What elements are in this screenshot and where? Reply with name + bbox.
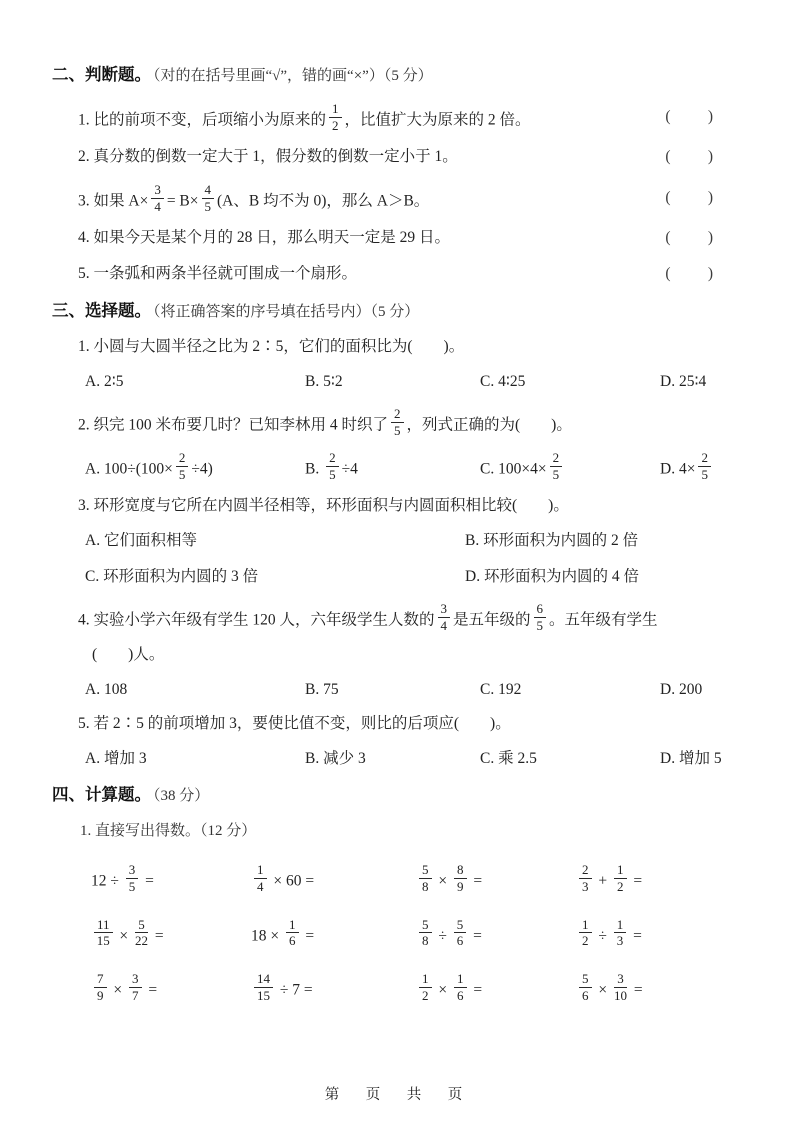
calc-subsection-1: 1. 直接写出得数。（12 分） 12 ÷ 35 = 14 × 60 = 58 … [78, 821, 743, 1002]
judge-question-5-text: 5. 一条弧和两条半径就可围成一个扇形。 [78, 264, 357, 285]
fraction: 310 [614, 972, 627, 1002]
section-choice-title: 三、选择题。 [52, 301, 151, 320]
fraction: 25 [326, 451, 339, 481]
fraction: 25 [176, 451, 189, 481]
fraction: 16 [286, 918, 299, 948]
calc-expression-grid: 12 ÷ 35 = 14 × 60 = 58 × 89 = 23 + 12 = … [91, 863, 743, 1002]
fraction: 35 [126, 863, 139, 893]
judge-answer-bracket-3: ( ) [665, 188, 715, 209]
option-b: B. 环形面积为内圆的 2 倍 [465, 531, 743, 552]
section-calc-title: 四、计算题。 [52, 785, 151, 804]
choice-question-3: 3. 环形宽度与它所在内圆半径相等，环形面积与内圆面积相比较( )。 A. 它们… [78, 496, 743, 589]
section-judge-instruction: （对的在括号里画“√”，错的画“×”）（5 分） [153, 68, 433, 84]
judge-question-3-text: 3. 如果 A×34= B×45(A、B 均不为 0)，那么 A＞B。 [78, 183, 429, 213]
calc-expression-r1c3: 58 × 89 = [416, 863, 576, 893]
option-d: D. 25∶4 [660, 372, 743, 393]
option-b: B. 25÷4 [305, 451, 480, 481]
choice-question-2: 2. 织完 100 米布要几时？已知李林用 4 时织了25，列式正确的为( )。… [78, 407, 743, 482]
choice-question-1: 1. 小圆与大圆半径之比为 2∶5，它们的面积比为( )。 A. 2∶5 B. … [78, 337, 743, 393]
section-choice: 三、选择题。（将正确答案的序号填在括号内）（5 分） 1. 小圆与大圆半径之比为… [52, 300, 743, 770]
judge-question-2-text: 2. 真分数的倒数一定大于 1，假分数的倒数一定小于 1。 [78, 147, 458, 168]
calc-subsection-1-title: 1. 直接写出得数。（12 分） [80, 821, 743, 841]
choice-question-4-options: A. 108 B. 75 C. 192 D. 200 [85, 680, 743, 701]
judge-answer-bracket-4: ( ) [665, 228, 715, 249]
option-c: C. 乘 2.5 [480, 749, 660, 770]
fraction: 56 [454, 918, 467, 948]
judge-question-3: 3. 如果 A×34= B×45(A、B 均不为 0)，那么 A＞B。 ( ) [78, 183, 743, 213]
judge-answer-bracket-2: ( ) [665, 147, 715, 168]
calc-expression-r2c1: 1115 × 522 = [91, 918, 251, 948]
calc-expression-r3c4: 56 × 310 = [576, 972, 743, 1002]
fraction: 522 [135, 918, 148, 948]
option-a: A. 它们面积相等 [85, 531, 465, 552]
fraction: 79 [94, 972, 107, 1002]
judge-question-2: 2. 真分数的倒数一定大于 1，假分数的倒数一定小于 1。 ( ) [78, 147, 743, 168]
section-calc-header: 四、计算题。（38 分） [52, 784, 743, 807]
calc-expression-r3c3: 12 × 16 = [416, 972, 576, 1002]
option-d: D. 4×25 [660, 451, 743, 481]
calc-expression-r1c2: 14 × 60 = [251, 863, 416, 893]
judge-question-1: 1. 比的前项不变，后项缩小为原来的12，比值扩大为原来的 2 倍。 ( ) [78, 102, 743, 132]
calc-expression-r2c3: 58 ÷ 56 = [416, 918, 576, 948]
option-b: B. 75 [305, 680, 480, 701]
judge-answer-bracket-5: ( ) [665, 264, 715, 285]
option-b: B. 减少 3 [305, 749, 480, 770]
fraction: 13 [614, 918, 627, 948]
fraction: 34 [151, 183, 164, 213]
calc-expression-r1c4: 23 + 12 = [576, 863, 743, 893]
section-calc-instruction: （38 分） [153, 788, 209, 804]
option-c: C. 环形面积为内圆的 3 倍 [85, 567, 465, 588]
section-choice-header: 三、选择题。（将正确答案的序号填在括号内）（5 分） [52, 300, 743, 323]
choice-question-1-stem: 1. 小圆与大圆半径之比为 2∶5，它们的面积比为( )。 [78, 337, 743, 358]
calc-expression-r1c1: 12 ÷ 35 = [91, 863, 251, 893]
fraction: 1115 [94, 918, 113, 948]
fraction: 12 [579, 918, 592, 948]
section-judge-header: 二、判断题。（对的在括号里画“√”，错的画“×”）（5 分） [52, 64, 743, 87]
exam-page: 二、判断题。（对的在括号里画“√”，错的画“×”）（5 分） 1. 比的前项不变… [0, 0, 793, 1122]
option-d: D. 增加 5 [660, 749, 743, 770]
fraction: 25 [391, 407, 404, 437]
calc-expression-r3c2: 1415 ÷ 7 = [251, 972, 416, 1002]
option-b: B. 5∶2 [305, 372, 480, 393]
fraction: 1415 [254, 972, 273, 1002]
judge-question-4-text: 4. 如果今天是某个月的 28 日，那么明天一定是 29 日。 [78, 228, 450, 249]
choice-question-5: 5. 若 2∶5 的前项增加 3，要使比值不变，则比的后项应( )。 A. 增加… [78, 714, 743, 770]
choice-question-2-options: A. 100÷(100×25÷4) B. 25÷4 C. 100×4×25 D.… [85, 451, 743, 481]
choice-question-5-stem: 5. 若 2∶5 的前项增加 3，要使比值不变，则比的后项应( )。 [78, 714, 743, 735]
page-footer: 第 页 共 页 [0, 1086, 793, 1106]
fraction: 58 [419, 863, 432, 893]
calc-expression-r3c1: 79 × 37 = [91, 972, 251, 1002]
option-a: A. 增加 3 [85, 749, 305, 770]
fraction: 37 [129, 972, 142, 1002]
calc-expression-r2c2: 18 × 16 = [251, 918, 416, 948]
fraction: 16 [454, 972, 467, 1002]
choice-question-3-stem: 3. 环形宽度与它所在内圆半径相等，环形面积与内圆面积相比较( )。 [78, 496, 743, 517]
fraction: 12 [419, 972, 432, 1002]
option-c: C. 4∶25 [480, 372, 660, 393]
section-calc: 四、计算题。（38 分） 1. 直接写出得数。（12 分） 12 ÷ 35 = … [52, 784, 743, 1002]
calc-expression-r2c4: 12 ÷ 13 = [576, 918, 743, 948]
fraction: 65 [534, 602, 547, 632]
fraction: 89 [454, 863, 467, 893]
fraction: 23 [579, 863, 592, 893]
judge-question-4: 4. 如果今天是某个月的 28 日，那么明天一定是 29 日。 ( ) [78, 228, 743, 249]
fraction: 56 [579, 972, 592, 1002]
choice-question-3-options: A. 它们面积相等 B. 环形面积为内圆的 2 倍 C. 环形面积为内圆的 3 … [85, 531, 743, 589]
choice-question-4-stem: 4. 实验小学六年级有学生 120 人，六年级学生人数的34是五年级的65。五年… [78, 602, 743, 632]
choice-question-2-stem: 2. 织完 100 米布要几时？已知李林用 4 时织了25，列式正确的为( )。 [78, 407, 743, 437]
option-d: D. 200 [660, 680, 743, 701]
option-d: D. 环形面积为内圆的 4 倍 [465, 567, 743, 588]
fraction: 14 [254, 863, 267, 893]
option-a: A. 2∶5 [85, 372, 305, 393]
choice-question-4-stem-line2: ( )人。 [92, 645, 743, 666]
option-a: A. 108 [85, 680, 305, 701]
choice-question-4: 4. 实验小学六年级有学生 120 人，六年级学生人数的34是五年级的65。五年… [78, 602, 743, 700]
fraction: 34 [438, 602, 451, 632]
section-judge: 二、判断题。（对的在括号里画“√”，错的画“×”）（5 分） 1. 比的前项不变… [52, 64, 743, 285]
option-c: C. 100×4×25 [480, 451, 660, 481]
fraction: 12 [329, 102, 342, 132]
judge-question-1-text: 1. 比的前项不变，后项缩小为原来的12，比值扩大为原来的 2 倍。 [78, 102, 531, 132]
judge-question-5: 5. 一条弧和两条半径就可围成一个扇形。 ( ) [78, 264, 743, 285]
fraction: 12 [614, 863, 627, 893]
option-a: A. 100÷(100×25÷4) [85, 451, 305, 481]
section-choice-instruction: （将正确答案的序号填在括号内）（5 分） [153, 304, 419, 320]
fraction: 25 [698, 451, 711, 481]
choice-question-1-options: A. 2∶5 B. 5∶2 C. 4∶25 D. 25∶4 [85, 372, 743, 393]
fraction: 58 [419, 918, 432, 948]
fraction: 45 [202, 183, 215, 213]
option-c: C. 192 [480, 680, 660, 701]
choice-question-5-options: A. 增加 3 B. 减少 3 C. 乘 2.5 D. 增加 5 [85, 749, 743, 770]
fraction: 25 [550, 451, 563, 481]
judge-answer-bracket-1: ( ) [665, 107, 715, 128]
section-judge-title: 二、判断题。 [52, 65, 151, 84]
